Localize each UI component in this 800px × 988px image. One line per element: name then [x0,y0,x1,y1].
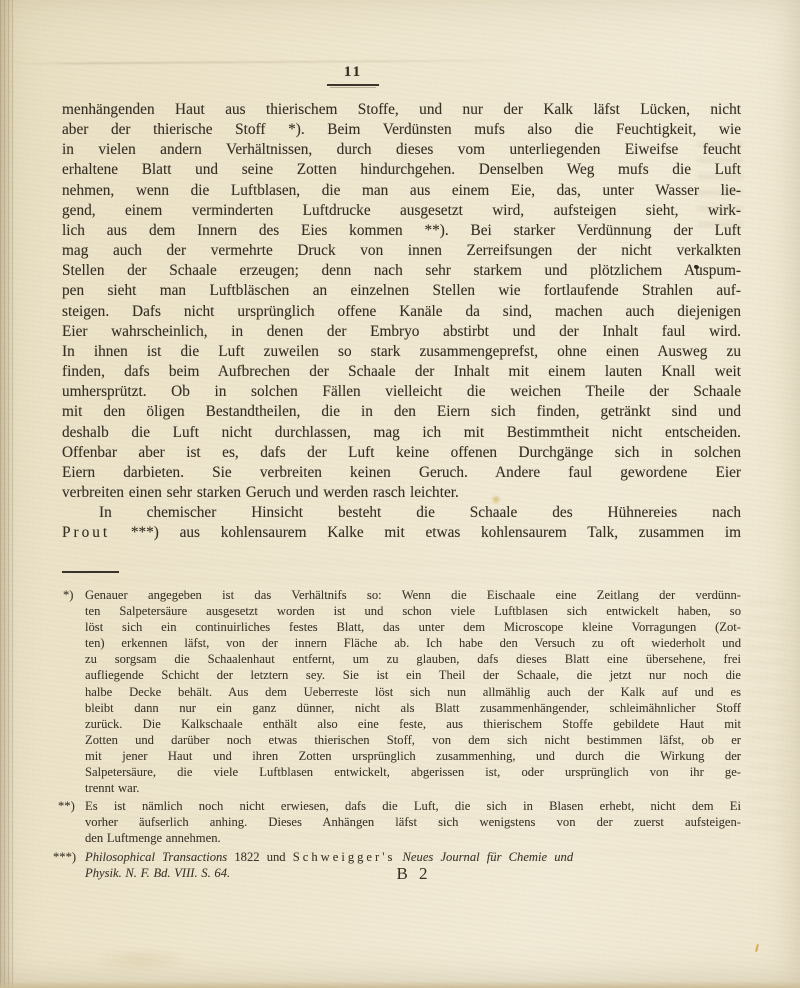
ink-bleed-through [746,600,786,840]
body-line: aber der thierische Stoff *). Beim Verdü… [62,120,741,140]
body-line: steigen. Dafs nicht ursprünglich offene … [62,302,741,322]
body-line-paragraph-start: In chemischer Hinsicht besteht die Schaa… [62,503,741,523]
body-line: deshalb die Luft nicht durchlassen, mag … [62,423,741,443]
paper-crease [12,59,542,65]
body-line: Stellen der Schaale erzeugen; denn nach … [62,261,741,281]
footnote-1-marker: *) [63,587,74,603]
footnote-2: **) Es ist nämlich noch nicht erwiesen, … [62,798,741,846]
citation-title-italic: Philosophical Transactions [85,850,227,864]
footnote-line: bleibt dann nur ein ganz dünner, nicht a… [85,700,741,716]
footnotes-section: *) Genauer angegeben ist das Verhältnifs… [62,587,741,881]
body-line: finden, dafs beim Aufbrechen der Schaale… [62,362,741,382]
footnote-line: Zotten und darüber noch etwas thierische… [85,732,741,748]
body-line: Eier wahrscheinlich, in denen der Embryo… [62,322,741,342]
footnote-line: mit jener Haut und ihren Zotten ursprüng… [85,748,741,764]
footnote-reference-mark: ***) [131,524,159,541]
page-bottom-edge [0,981,800,988]
page-header: 11 [327,64,379,86]
body-line: gend, einem verminderten Luftdrucke ausg… [62,201,741,221]
body-line: mag auch der vermehrte Druck von innen Z… [62,241,741,261]
footnote-line: zu sorgsam die Schaalenhaut entfernt, um… [85,651,741,667]
footnote-line: halbe Decke behält. Aus dem Ueberreste l… [85,684,741,700]
body-line: Prout ***) aus kohlensaurem Kalke mit et… [62,523,741,543]
body-line: verbreiten einen sehr starken Geruch und… [62,483,741,503]
body-line: umhersprützt. Ob in solchen Fällen viell… [62,382,741,402]
footnote-3-marker: ***) [53,849,76,865]
footnote-1: *) Genauer angegeben ist das Verhältnifs… [62,587,741,796]
footnote-line: löst sich ein continuirliches festes Bla… [85,619,741,635]
body-line: Eiern darbieten. Sie verbreiten keinen G… [62,463,741,483]
page-number: 11 [327,64,379,81]
footnote-line: Philosophical Transactions 1822 und Schw… [85,849,741,865]
signature-mark: B 2 [362,864,462,884]
foxing-smudge [92,948,188,972]
body-line: Offenbar aber ist es, dafs der Luft kein… [62,443,741,463]
page-number-rule [327,84,379,86]
citation-year: 1822 und [234,850,285,864]
body-line: mit den öligen Bestandtheilen, die in de… [62,402,741,422]
citation-editor-name: Schweigger's [293,850,396,864]
body-line: in vielen andern Verhältnissen, durch di… [62,140,741,160]
footnote-line: vorher äufserlich anhing. Dieses Anhänge… [85,814,741,830]
body-line-text: aus kohlensaurem Kalke mit etwas kohlens… [180,524,741,541]
body-line: In ihnen ist die Luft zuweilen so stark … [62,342,741,362]
author-name-prout: Prout [62,524,110,541]
footnote-line: den Luftmenge annehmen. [85,830,741,846]
body-line: menhängenden Haut aus thierischem Stoffe… [62,100,741,120]
foxing-spot [491,495,501,504]
body-line: pen sieht man Luftbläschen an einzelnen … [62,281,741,301]
footnote-line: zurück. Die Kalkschaale enthält also ein… [85,716,741,732]
footnote-line: ten Salpetersäure ausgesetzt worden ist … [85,603,741,619]
footnote-line: Salpetersäure, die viele Luftblasen entw… [85,764,741,780]
scanned-book-page: 11 menhängenden Haut aus thierischem Sto… [0,0,800,988]
footnote-line: ten) erkennen läfst, von der innern Fläc… [85,635,741,651]
footnote-separator-rule [62,571,119,573]
footnote-line: Genauer angegeben ist das Verhältnifs so… [85,587,741,603]
body-line: nehmen, wenn die Luftblasen, die man aus… [62,181,741,201]
paper-fiber [755,944,759,952]
body-text: menhängenden Haut aus thierischem Stoffe… [62,100,741,543]
body-line: erhaltene Blatt und seine Zotten hindurc… [62,160,741,180]
body-line: lich aus dem Innern des Eies kommen **).… [62,221,741,241]
binding-edge-shadow [0,0,15,988]
footnote-line: aufliegende Schicht der letztern sey. Si… [85,667,741,683]
citation-journal-italic: Neues Journal für Chemie und [403,850,574,864]
footnote-line: trennt war. [85,780,741,796]
footnote-2-marker: **) [58,798,75,814]
footnote-line: Es ist nämlich noch nicht erwiesen, dafs… [85,798,741,814]
